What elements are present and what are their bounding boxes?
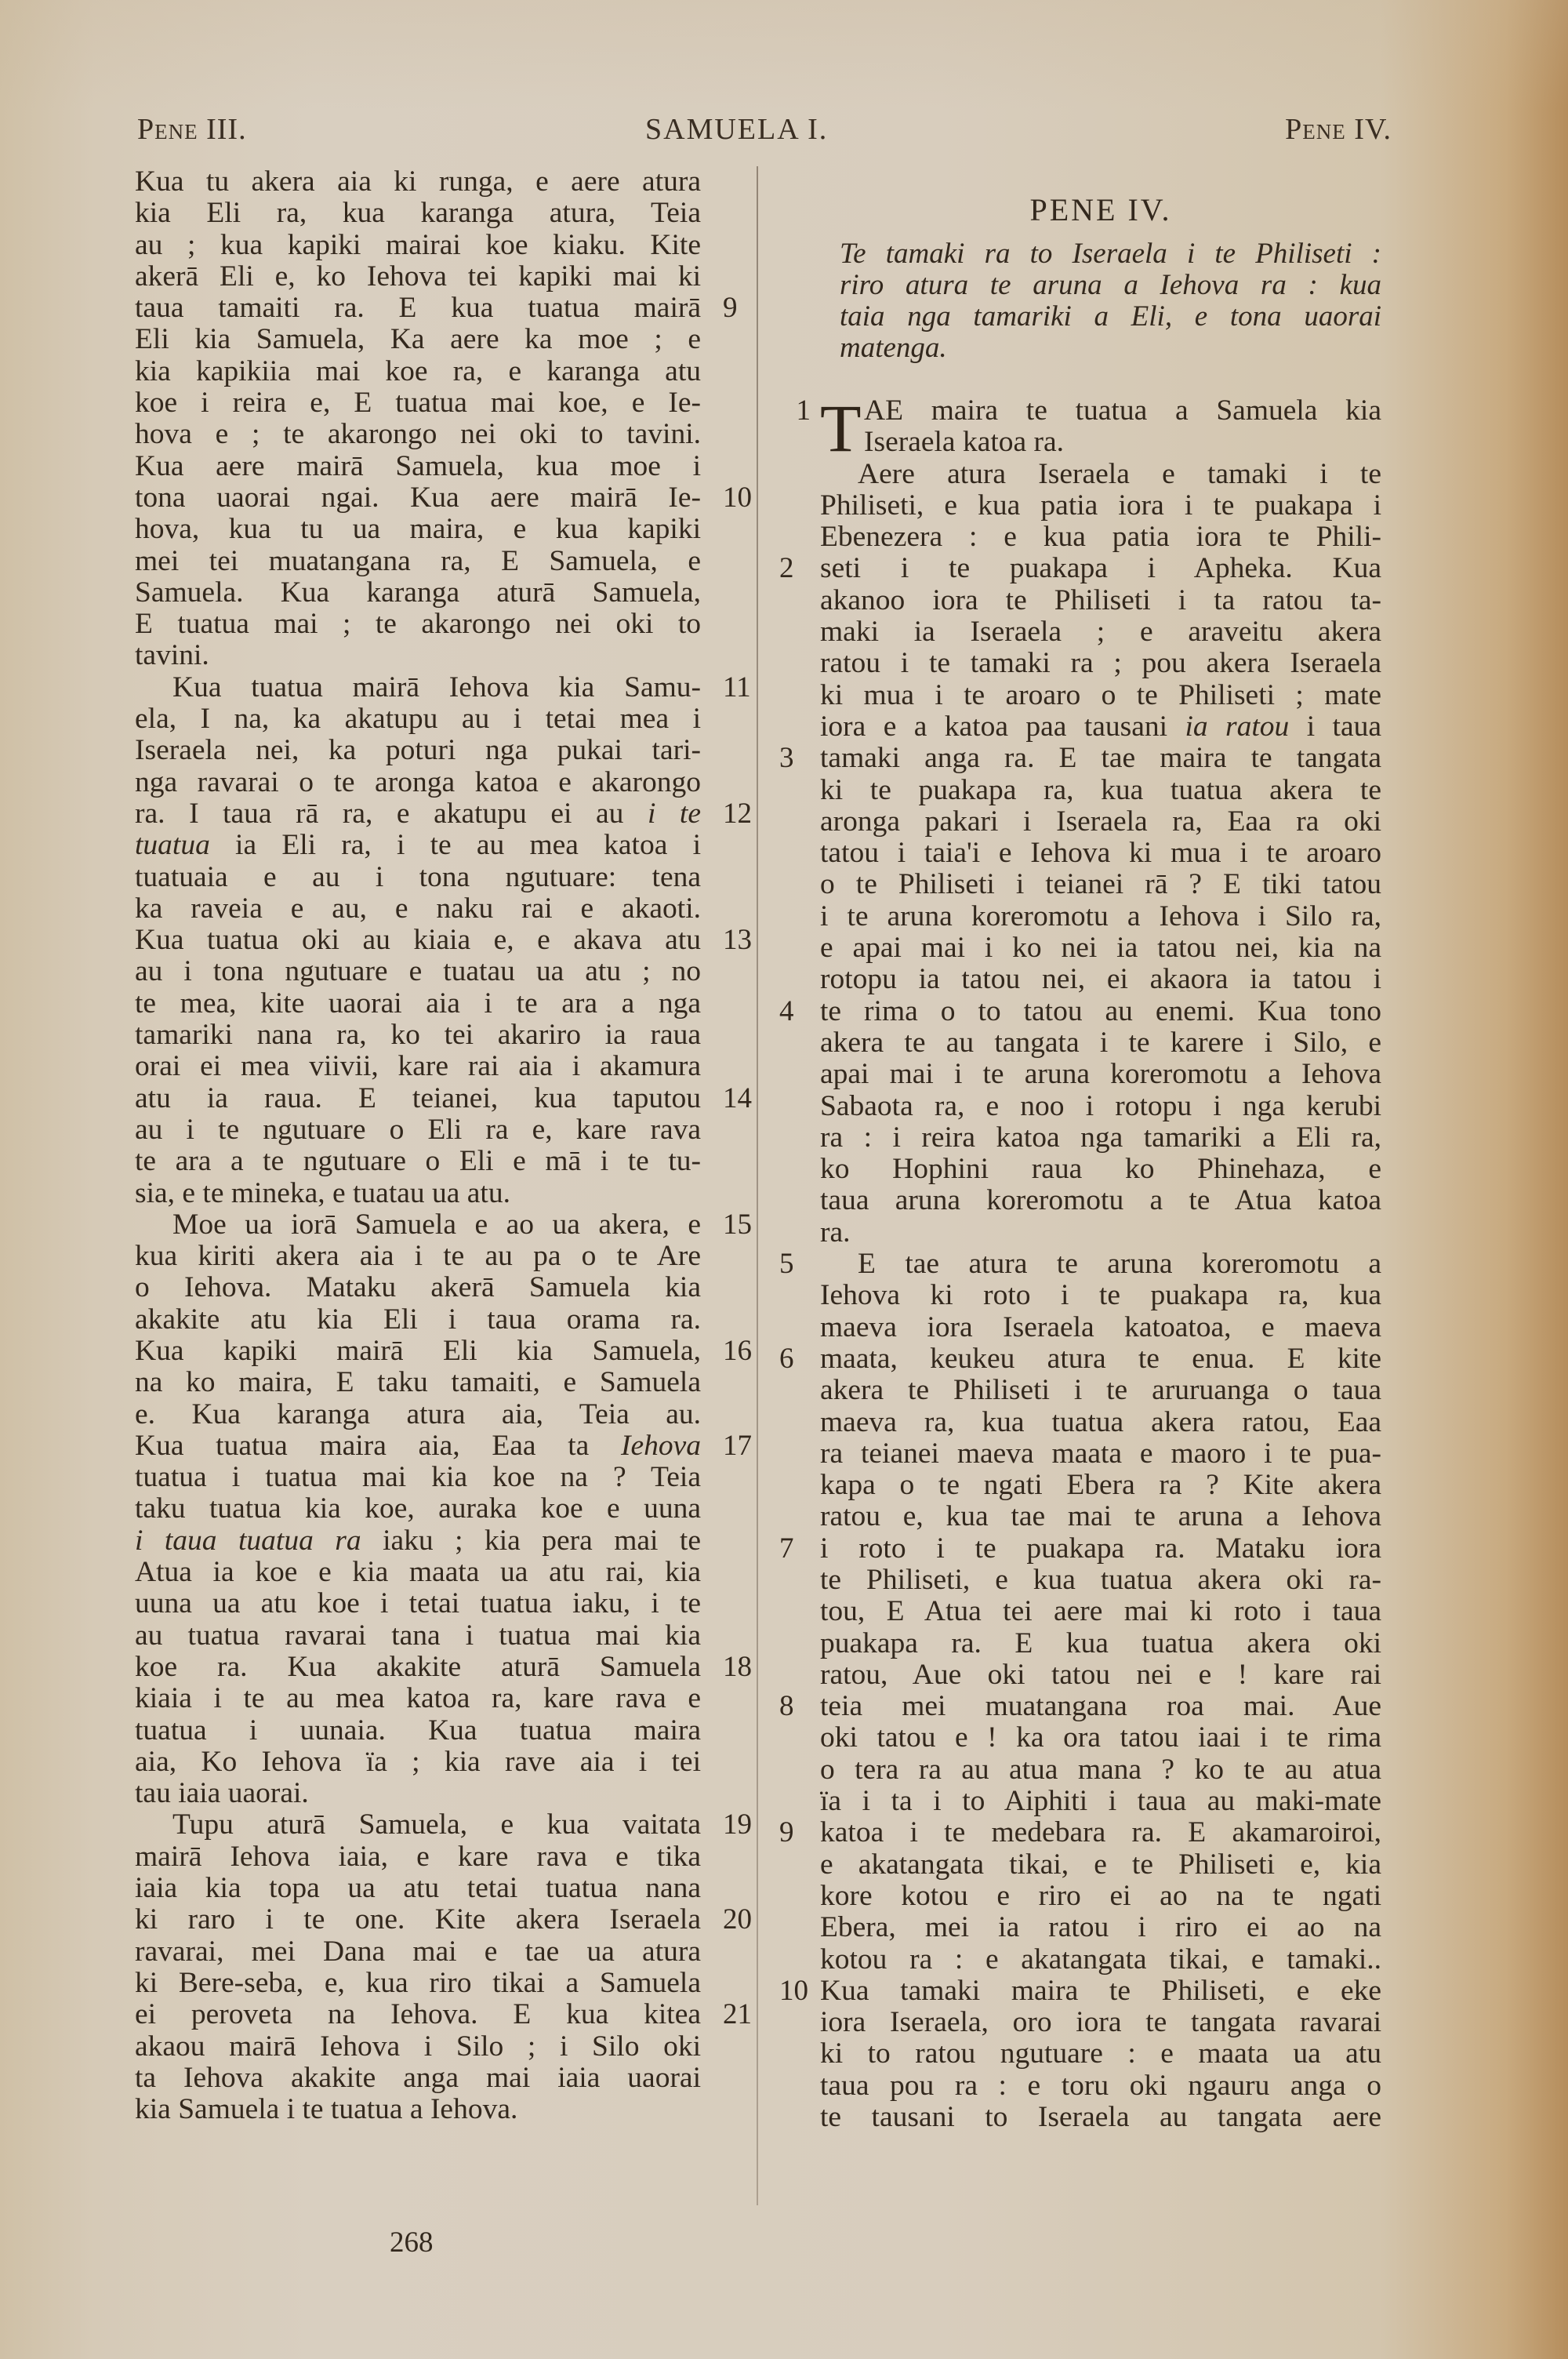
line-text: i taua [1307, 711, 1381, 743]
line-text: maki ia Iseraela ; e araveitu akera [820, 616, 1381, 648]
text-line: Kua tamaki maira te Philiseti, e eke10 [820, 1976, 1381, 2007]
text-line: taua tamaiti ra. E kua tuatua mairā9 [135, 293, 701, 324]
text-line: maeva ra, kua tuatua akera ratou, Eaa [820, 1407, 1381, 1438]
text-line: taku tuatua kia koe, auraka koe e uuna [135, 1493, 701, 1525]
verse-number: 7 [779, 1533, 811, 1565]
text-line: au i te ngutuare o Eli ra e, kare rava [135, 1114, 701, 1146]
text-line: tau iaia uaorai. [135, 1778, 701, 1809]
line-text: e akatangata tikai, e te Philiseti e, ki… [820, 1848, 1381, 1881]
text-line: ela, I na, ka akatupu au i tetai mea i [135, 703, 701, 735]
verse-number: 6 [779, 1343, 811, 1375]
line-text: tau iaia uaorai. [135, 1777, 309, 1809]
line-text: i te aruna koreromotu a Iehova i Silo ra… [820, 900, 1381, 932]
text-line: ko Hophini raua ko Phinehaza, e [820, 1154, 1381, 1185]
line-text: mairā Iehova iaia, e kare rava e tika [135, 1841, 701, 1873]
text-line: Eli kia Samuela, Ka aere ka moe ; e [135, 324, 701, 355]
text-line: ratou, Aue oki tatou nei e ! kare rai [820, 1659, 1381, 1691]
chapter-heading: PENE IV. [820, 166, 1381, 238]
line-text: tavini. [135, 639, 209, 671]
line-text: kiaia i te au mea katoa ra, kare rava e [135, 1682, 701, 1714]
text-line: kia Eli ra, kua karanga atura, Teia [135, 198, 701, 229]
line-text: tatou i taia'i e Iehova ki mua i te aroa… [820, 837, 1381, 869]
line-text: o Iehova. Mataku akerā Samuela kia [135, 1271, 701, 1303]
line-text: E tae atura te aruna koreromotu a [858, 1248, 1381, 1280]
text-line: sia, e te mineka, e tuatau ua atu. [135, 1178, 701, 1209]
text-line: iaia kia topa ua atu tetai tuatua nana [135, 1873, 701, 1904]
running-head-right: Pene IV. [1285, 112, 1392, 147]
text-line: tavini. [135, 640, 701, 671]
chapter-opening: T 1 AE maira te tuatua a Samuela kiaIser… [820, 395, 1381, 459]
text-line: aia, Ko Iehova ïa ; kia rave aia i tei [135, 1747, 701, 1778]
line-text: Kua tu akera aia ki runga, e aere atura [135, 165, 701, 198]
line-text: Eli kia Samuela, Ka aere ka moe ; e [135, 323, 701, 355]
line-text: Ebenezera : e kua patia iora te Phili- [820, 521, 1381, 553]
text-line: Ebenezera : e kua patia iora te Phili- [820, 522, 1381, 553]
column-divider-rule [757, 166, 758, 2205]
text-line: akera te au tangata i te karere i Silo, … [820, 1027, 1381, 1059]
line-text: iora e a katoa paa tausani [820, 711, 1167, 743]
text-line: i taua tuatua ra iaku ; kia pera mai te [135, 1525, 701, 1557]
text-line: na ko maira, E taku tamaiti, e Samuela [135, 1367, 701, 1398]
line-text: akakite atu kia Eli i taua orama ra. [135, 1303, 701, 1336]
line-text: Kua tuatua maira aia, Eaa ta [135, 1430, 589, 1462]
line-text: Samuela. Kua karanga aturā Samuela, [135, 576, 701, 609]
line-text: aia, Ko Iehova ïa ; kia rave aia i tei [135, 1746, 701, 1778]
text-line: ki raro i te one. Kite akera Iseraela20 [135, 1904, 701, 1936]
line-text: maata, keukeu atura te enua. E kite [820, 1343, 1381, 1375]
verse-number: 9 [779, 1817, 811, 1848]
line-text: o tera ra au atua mana ? ko te au atua [820, 1754, 1381, 1786]
text-line: Iseraela katoa ra. [820, 427, 1381, 458]
text-line: ki to ratou ngutuare : e maata ua atu [820, 2038, 1381, 2070]
text-line: kore kotou e riro ei ao na te ngati [820, 1881, 1381, 1912]
text-line: uuna ua atu koe i tetai tuatua iaku, i t… [135, 1588, 701, 1619]
line-text: ra teianei maeva maata e maoro i te pua- [820, 1438, 1381, 1470]
text-line: Kua tuatua oki au kiaia e, e akava atu13 [135, 925, 701, 956]
text-line: kia kapikiia mai koe ra, e karanga atu [135, 356, 701, 387]
text-line: kotou ra : e akatangata tikai, e tamaki.… [820, 1944, 1381, 1976]
text-line: maki ia Iseraela ; e araveitu akera [820, 616, 1381, 648]
line-text: Tupu aturā Samuela, e kua vaitata [172, 1808, 701, 1841]
text-line: o Iehova. Mataku akerā Samuela kia [135, 1272, 701, 1303]
line-text: apai mai i te aruna koreromotu a Iehova [820, 1058, 1381, 1090]
summary-line: matenga. [867, 333, 1381, 364]
text-line: tamaki anga ra. E tae maira te tangata3 [820, 743, 1381, 774]
text-line: tamariki nana ra, ko tei akariro ia raua [135, 1020, 701, 1051]
line-text: akera te Philiseti i te aruruanga o taua [820, 1374, 1381, 1406]
text-line: E tuatua mai ; te akarongo nei oki to [135, 609, 701, 640]
running-head-left: Pene III. [137, 112, 247, 147]
line-text: kotou ra : e akatangata tikai, e tamaki.… [820, 1943, 1381, 1976]
text-line: te Philiseti, e kua tuatua akera oki ra- [820, 1565, 1381, 1596]
line-text: taua pou ra : e toru oki ngauru anga o [820, 2070, 1381, 2102]
page-top-shading [0, 0, 1568, 110]
line-text: ka raveia e au, e naku rai e akaoti. [135, 892, 701, 925]
line-text: Philiseti, e kua patia iora i te puakapa… [820, 489, 1381, 522]
right-column-lines: Aere atura Iseraela e tamaki i tePhilise… [820, 459, 1381, 2134]
text-line: hova e ; te akarongo nei oki to tavini. [135, 419, 701, 450]
line-text: te mea, kite uaorai aia i te ara a nga [135, 987, 701, 1020]
text-line: maata, keukeu atura te enua. E kite6 [820, 1343, 1381, 1375]
text-line: Kua tuatua maira aia, Eaa ta Iehova17 [135, 1430, 701, 1462]
text-line: akera te Philiseti i te aruruanga o taua [820, 1375, 1381, 1406]
verse-number: 8 [779, 1691, 811, 1722]
text-line: Tupu aturā Samuela, e kua vaitata19 [135, 1809, 701, 1841]
text-line: Sabaota ra, e noo i rotopu i nga kerubi [820, 1091, 1381, 1122]
line-text: te ara a te ngutuare o Eli e mā i te tu- [135, 1145, 701, 1177]
verse-number: 2 [779, 553, 811, 584]
text-line: akaou mairā Iehova i Silo ; i Silo oki [135, 2031, 701, 2063]
line-text: au i tona ngutuare e tuatau ua atu ; no [135, 955, 701, 987]
line-text: tuatua i uunaia. Kua tuatua maira [135, 1714, 701, 1747]
text-line: akerā Eli e, ko Iehova tei kapiki mai ki [135, 261, 701, 293]
text-line: e. Kua karanga atura aia, Teia au. [135, 1399, 701, 1430]
line-text: ki raro i te one. Kite akera Iseraela [135, 1903, 701, 1936]
text-line: iora Iseraela, oro iora te tangata ravar… [820, 2007, 1381, 2038]
text-line: kua kiriti akera aia i te au pa o te Are [135, 1241, 701, 1272]
text-line: ratou i te tamaki ra ; pou akera Iserael… [820, 648, 1381, 679]
text-line: mairā Iehova iaia, e kare rava e tika [135, 1841, 701, 1873]
line-text: orai ei mea viivii, kare rai aia i akamu… [135, 1050, 701, 1082]
text-line: Iseraela nei, ka poturi nga pukai tari- [135, 735, 701, 766]
text-line: hova, kua tu ua maira, e kua kapiki [135, 514, 701, 545]
line-text: akanoo iora te Philiseti i ta ratou ta- [820, 584, 1381, 616]
line-text: ko Hophini raua ko Phinehaza, e [820, 1153, 1381, 1185]
italic-text: i te [623, 798, 701, 830]
text-line: ra teianei maeva maata e maoro i te pua- [820, 1438, 1381, 1470]
line-text: ratou i te tamaki ra ; pou akera Iserael… [820, 647, 1381, 679]
text-line: ratou e, kua tae mai te aruna a Iehova [820, 1501, 1381, 1532]
text-line: Aere atura Iseraela e tamaki i te [820, 459, 1381, 490]
line-text: kapa o te ngati Ebera ra ? Kite akera [820, 1469, 1381, 1501]
line-text: tamariki nana ra, ko tei akariro ia raua [135, 1019, 701, 1051]
text-line: tou, E Atua tei aere mai ki roto i taua [820, 1596, 1381, 1627]
line-text: Sabaota ra, e noo i rotopu i nga kerubi [820, 1090, 1381, 1122]
text-line: ra. I taua rā ra, e akatupu ei au i te12 [135, 798, 701, 830]
line-text: ïa i ta i to Aiphiti i taua au maki-mate [820, 1785, 1381, 1817]
line-text: katoa i te medebara ra. E akamaroiroi, [820, 1816, 1381, 1848]
line-text: ra. [820, 1216, 851, 1249]
line-text: ra : i reira katoa nga tamariki a Eli ra… [820, 1121, 1381, 1154]
text-line: ra. [820, 1217, 1381, 1249]
line-text: Atua ia koe e kia maata ua atu rai, kia [135, 1556, 701, 1588]
line-text: aronga pakari i Iseraela ra, Eaa ra oki [820, 805, 1381, 838]
line-text: sia, e te mineka, e tuatau ua atu. [135, 1177, 510, 1209]
text-line: ka raveia e au, e naku rai e akaoti. [135, 893, 701, 925]
line-text: ei peroveta na Iehova. E kua kitea [135, 1998, 701, 2030]
line-text: Iehova ki roto i te puakapa ra, kua [820, 1279, 1381, 1311]
line-text: ki te puakapa ra, kua tuatua akera te [820, 774, 1381, 806]
text-line: ïa i ta i to Aiphiti i taua au maki-mate [820, 1786, 1381, 1817]
text-line: tuatuaia e au i tona ngutuare: tena [135, 862, 701, 893]
line-text: au i te ngutuare o Eli ra e, kare rava [135, 1114, 701, 1146]
line-text: ra. I taua rā ra, e akatupu ei au [135, 798, 623, 830]
line-text: Moe ua iorā Samuela e ao ua akera, e [172, 1209, 701, 1241]
line-text: tona uaorai ngai. Kua aere mairā Ie- [135, 482, 701, 514]
line-text: taku tuatua kia koe, auraka koe e uuna [135, 1492, 701, 1525]
line-text: puakapa ra. E kua tuatua akera oki [820, 1627, 1381, 1659]
line-text: kia Eli ra, kua karanga atura, Teia [135, 197, 701, 229]
text-line: Philiseti, e kua patia iora i te puakapa… [820, 490, 1381, 522]
line-text: kia Samuela i te tuatua a Iehova. [135, 2093, 517, 2125]
line-text: mei tei muatangana ra, E Samuela, e [135, 545, 701, 577]
text-line: kiaia i te au mea katoa ra, kare rava e [135, 1683, 701, 1714]
line-text: te rima o to tatou au enemi. Kua tono [820, 995, 1381, 1027]
line-text: ratou e, kua tae mai te aruna a Iehova [820, 1500, 1381, 1532]
text-line: o tera ra au atua mana ? ko te au atua [820, 1754, 1381, 1786]
line-text: Kua aere mairā Samuela, kua moe i [135, 450, 701, 482]
text-line: AE maira te tuatua a Samuela kia [820, 395, 1381, 427]
text-line: ra : i reira katoa nga tamariki a Eli ra… [820, 1122, 1381, 1154]
line-text: hova, kua tu ua maira, e kua kapiki [135, 513, 701, 545]
text-line: iora e a katoa paa tausani ia ratou i ta… [820, 711, 1381, 743]
text-line: rotopu ia tatou nei, ei akaora ia tatou … [820, 964, 1381, 995]
line-text: ratou, Aue oki tatou nei e ! kare rai [820, 1659, 1381, 1691]
text-line: te rima o to tatou au enemi. Kua tono4 [820, 996, 1381, 1027]
text-line: i roto i te puakapa ra. Mataku iora7 [820, 1533, 1381, 1565]
line-text: Iseraela nei, ka poturi nga pukai tari- [135, 734, 701, 766]
text-line: au ; kua kapiki mairai koe kiaku. Kite [135, 230, 701, 261]
line-text: tou, E Atua tei aere mai ki roto i taua [820, 1595, 1381, 1627]
text-line: Atua ia koe e kia maata ua atu rai, kia [135, 1557, 701, 1588]
text-line: ki Bere-seba, e, kua riro tikai a Samuel… [135, 1968, 701, 1999]
text-line: kia Samuela i te tuatua a Iehova. [135, 2094, 701, 2125]
text-line: Iehova ki roto i te puakapa ra, kua [820, 1280, 1381, 1311]
summary-line: Te tamaki ra to Iseraela i te Philiseti … [867, 238, 1381, 270]
text-line: kapa o te ngati Ebera ra ? Kite akera [820, 1470, 1381, 1501]
line-text: te tausani to Iseraela au tangata aere [820, 2101, 1381, 2133]
line-text: akaou mairā Iehova i Silo ; i Silo oki [135, 2030, 701, 2063]
line-text: Ebera, mei ia ratou i riro ei ao na [820, 1911, 1381, 1943]
text-line: ravarai, mei Dana mai e tae ua atura [135, 1936, 701, 1968]
text-line: aronga pakari i Iseraela ra, Eaa ra oki [820, 806, 1381, 838]
line-text: ki to ratou ngutuare : e maata ua atu [820, 2037, 1381, 2070]
text-line: o te Philiseti i teianei rā ? E tiki tat… [820, 869, 1381, 900]
verse-number: 3 [779, 743, 811, 774]
line-text: iora Iseraela, oro iora te tangata ravar… [820, 2006, 1381, 2038]
line-text: i roto i te puakapa ra. Mataku iora [820, 1532, 1381, 1565]
line-text: o te Philiseti i teianei rā ? E tiki tat… [820, 868, 1381, 900]
text-line: i te aruna koreromotu a Iehova i Silo ra… [820, 901, 1381, 932]
text-line: te ara a te ngutuare o Eli e mā i te tu- [135, 1146, 701, 1177]
line-text: Kua kapiki mairā Eli kia Samuela, [135, 1335, 701, 1367]
text-line: taua pou ra : e toru oki ngauru anga o [820, 2070, 1381, 2102]
italic-text: tuatua [135, 829, 235, 861]
line-text: tuatua i tuatua mai kia koe na ? Teia [135, 1461, 701, 1493]
text-line: mei tei muatangana ra, E Samuela, e [135, 546, 701, 577]
verse-number: 4 [779, 996, 811, 1027]
line-text: Kua tuatua oki au kiaia e, e akava atu [135, 924, 701, 956]
running-head-book-title: SAMUELA I. [645, 112, 828, 147]
line-text: ta Iehova akakite anga mai iaia uaorai [135, 2062, 701, 2094]
text-line: tuatua i tuatua mai kia koe na ? Teia [135, 1462, 701, 1493]
italic-text: Iehova [589, 1430, 701, 1462]
text-line: e apai mai i ko nei ia tatou nei, kia na [820, 932, 1381, 964]
line-text: te Philiseti, e kua tuatua akera oki ra- [820, 1564, 1381, 1596]
line-text: koe ra. Kua akakite aturā Samuela [135, 1651, 701, 1683]
running-head: Pene III. SAMUELA I. Pene IV. [137, 112, 1392, 151]
verse-number: 5 [779, 1249, 811, 1280]
text-line: akakite atu kia Eli i taua orama ra. [135, 1304, 701, 1336]
text-line: Kua aere mairā Samuela, kua moe i [135, 451, 701, 482]
text-line: katoa i te medebara ra. E akamaroiroi,9 [820, 1817, 1381, 1848]
line-text: uuna ua atu koe i tetai tuatua iaku, i t… [135, 1587, 701, 1619]
verse-number: 1 [779, 395, 811, 427]
text-line: oki tatou e ! ka ora tatou iaai i te rim… [820, 1722, 1381, 1754]
line-text: Kua tamaki maira te Philiseti, e eke [820, 1975, 1381, 2007]
text-line: taua aruna koreromotu a te Atua katoa [820, 1185, 1381, 1216]
line-text: ela, I na, ka akatupu au i tetai mea i [135, 703, 701, 735]
text-line: te tausani to Iseraela au tangata aere [820, 2102, 1381, 2133]
line-text: Aere atura Iseraela e tamaki i te [858, 458, 1381, 490]
text-line: ki te puakapa ra, kua tuatua akera te [820, 775, 1381, 806]
text-line: Kua kapiki mairā Eli kia Samuela,16 [135, 1336, 701, 1367]
line-text: kore kotou e riro ei ao na te ngati [820, 1880, 1381, 1912]
line-text: akera te au tangata i te karere i Silo, … [820, 1027, 1381, 1059]
line-text: au ; kua kapiki mairai koe kiaku. Kite [135, 229, 701, 261]
line-text: kua kiriti akera aia i te au pa o te Are [135, 1240, 701, 1272]
text-line: tona uaorai ngai. Kua aere mairā Ie-10 [135, 482, 701, 514]
line-text: akerā Eli e, ko Iehova tei kapiki mai ki [135, 260, 701, 293]
page-number: 268 [390, 2226, 434, 2259]
text-line: tatou i taia'i e Iehova ki mua i te aroa… [820, 838, 1381, 869]
line-text: ia Eli ra, i te au mea katoa i [235, 829, 701, 861]
line-text: maeva iora Iseraela katoatoa, e maeva [820, 1311, 1381, 1343]
text-line: teia mei muatangana roa mai. Aue8 [820, 1691, 1381, 1722]
line-text: Kua tuatua mairā Iehova kia Samu- [172, 671, 701, 703]
line-text: rotopu ia tatou nei, ei akaora ia tatou … [820, 963, 1381, 995]
text-line: e akatangata tikai, e te Philiseti e, ki… [820, 1849, 1381, 1881]
right-column-text: PENE IV. Te tamaki ra to Iseraela i te P… [820, 166, 1381, 2133]
line-text: au tuatua ravarai tana i tuatua mai kia [135, 1619, 701, 1652]
line-text: nga ravarai o te aronga katoa e akarongo [135, 766, 701, 798]
line-text: ravarai, mei Dana mai e tae ua atura [135, 1936, 701, 1968]
text-line: Kua tu akera aia ki runga, e aere atura [135, 166, 701, 198]
text-line: puakapa ra. E kua tuatua akera oki [820, 1628, 1381, 1659]
text-line: Kua tuatua mairā Iehova kia Samu-11 [135, 672, 701, 703]
line-text: na ko maira, E taku tamaiti, e Samuela [135, 1366, 701, 1398]
summary-line: taia nga tamariki a Eli, e tona uaorai [867, 301, 1381, 333]
line-text: kia kapikiia mai koe ra, e karanga atu [135, 355, 701, 387]
line-text: iaku ; kia pera mai te [383, 1525, 701, 1557]
text-line: nga ravarai o te aronga katoa e akarongo [135, 767, 701, 798]
line-text: taua aruna koreromotu a te Atua katoa [820, 1184, 1381, 1216]
text-line: Samuela. Kua karanga aturā Samuela, [135, 577, 701, 609]
line-text: teia mei muatangana roa mai. Aue [820, 1690, 1381, 1722]
line-text: seti i te puakapa i Apheka. Kua [820, 552, 1381, 584]
line-text: E tuatua mai ; te akarongo nei oki to [135, 608, 701, 640]
text-line: au tuatua ravarai tana i tuatua mai kia [135, 1620, 701, 1652]
line-text: koe i reira e, E tuatua mai koe, e Ie- [135, 387, 701, 419]
line-text: ki Bere-seba, e, kua riro tikai a Samuel… [135, 1967, 701, 1999]
line-text: e apai mai i ko nei ia tatou nei, kia na [820, 932, 1381, 964]
text-line: te mea, kite uaorai aia i te ara a nga [135, 988, 701, 1020]
line-text: hova e ; te akarongo nei oki to tavini. [135, 418, 701, 450]
text-line: ki mua i te aroaro o te Philiseti ; mate [820, 680, 1381, 711]
text-line: maeva iora Iseraela katoatoa, e maeva [820, 1312, 1381, 1343]
text-line: akanoo iora te Philiseti i ta ratou ta- [820, 585, 1381, 616]
text-line: Moe ua iorā Samuela e ao ua akera, e15 [135, 1209, 701, 1241]
italic-text: ia ratou [1167, 711, 1307, 743]
line-text: ki mua i te aroaro o te Philiseti ; mate [820, 679, 1381, 711]
text-line: tuatua ia Eli ra, i te au mea katoa i [135, 830, 701, 861]
chapter-summary: Te tamaki ra to Iseraela i te Philiseti … [820, 238, 1381, 364]
line-text: taua tamaiti ra. E kua tuatua mairā [135, 292, 701, 324]
text-line: E tae atura te aruna koreromotu a5 [820, 1249, 1381, 1280]
text-line: Ebera, mei ia ratou i riro ei ao na [820, 1912, 1381, 1943]
line-text: atu ia raua. E teianei, kua taputou [135, 1082, 701, 1114]
line-text: e. Kua karanga atura aia, Teia au. [135, 1398, 701, 1430]
italic-text: i taua tuatua ra [135, 1525, 383, 1557]
line-text: iaia kia topa ua atu tetai tuatua nana [135, 1872, 701, 1904]
text-line: koe i reira e, E tuatua mai koe, e Ie- [135, 387, 701, 419]
text-line: apai mai i te aruna koreromotu a Iehova [820, 1059, 1381, 1090]
text-line: au i tona ngutuare e tuatau ua atu ; no [135, 956, 701, 987]
text-line: seti i te puakapa i Apheka. Kua2 [820, 553, 1381, 584]
text-line: koe ra. Kua akakite aturā Samuela18 [135, 1652, 701, 1683]
text-line: ta Iehova akakite anga mai iaia uaorai [135, 2063, 701, 2094]
text-line: tuatua i uunaia. Kua tuatua maira [135, 1715, 701, 1747]
line-text: oki tatou e ! ka ora tatou iaai i te rim… [820, 1721, 1381, 1754]
text-line: ei peroveta na Iehova. E kua kitea21 [135, 1999, 701, 2030]
text-line: orai ei mea viivii, kare rai aia i akamu… [135, 1051, 701, 1082]
text-line: atu ia raua. E teianei, kua taputou14 [135, 1083, 701, 1114]
line-text: tuatuaia e au i tona ngutuare: tena [135, 861, 701, 893]
verse-number: 10 [779, 1976, 811, 2007]
summary-line: riro atura te aruna a Iehova ra : kua [867, 270, 1381, 301]
left-column-text: Kua tu akera aia ki runga, e aere aturak… [135, 166, 701, 2125]
line-text: maeva ra, kua tuatua akera ratou, Eaa [820, 1406, 1381, 1438]
line-text: tamaki anga ra. E tae maira te tangata [820, 742, 1381, 774]
